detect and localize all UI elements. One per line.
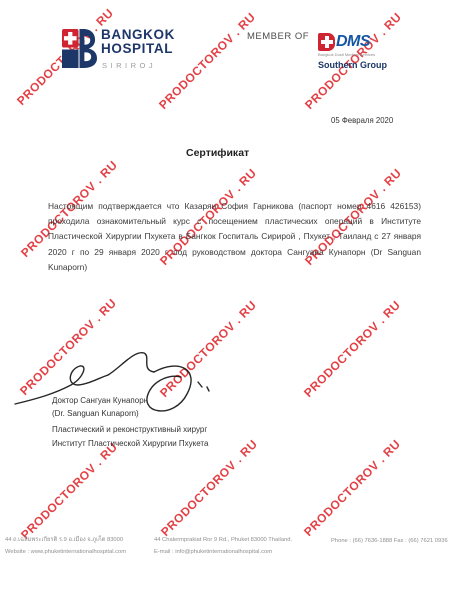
watermark-text: PRODOCTOROV . RU	[301, 298, 403, 400]
certificate-body-text: Настоящим подтверждается что Казарян Соф…	[48, 199, 421, 275]
bdms-tagline: Bangkok Dusit Medical Services	[318, 52, 398, 57]
footer-thai-line: 44 ถ.เฉลิมพระเกียรติ ร.9 อ.เมือง จ.ภูเก็…	[5, 535, 126, 547]
signatory-name-ru: Доктор Сангуан Кунапорн	[52, 396, 148, 405]
member-of-label: MEMBER OF	[247, 31, 309, 42]
footer-website: Website : www.phuketinternationalhospita…	[5, 547, 126, 559]
bdms-logo: DMS Bangkok Dusit Medical Services South…	[318, 33, 398, 70]
bdms-cross-icon	[318, 33, 335, 51]
watermark-text: PRODOCTOROV . RU	[156, 10, 258, 112]
brand-name-line2: HOSPITAL	[101, 42, 175, 56]
brand-name-line1: BANGKOK	[101, 28, 175, 42]
certificate-title: Сертификат	[186, 147, 249, 159]
footer-phone: Phone : (66) 7636-1888 Fax : (66) 7621 0…	[331, 536, 448, 548]
watermark-text: PRODOCTOROV . RU	[158, 437, 260, 539]
watermark-text: PRODOCTOROV . RU	[301, 437, 403, 539]
signatory-organization: Институт Пластической Хирургии Пхукета	[52, 439, 208, 448]
brand-subtitle: SIRIROJ	[102, 61, 156, 70]
signatory-role: Пластический и реконструктивный хирург	[52, 425, 207, 434]
brand-name: BANGKOK HOSPITAL	[101, 28, 175, 56]
footer-address-line: 44 Chalermprakiat Ror 9 Rd., Phuket 8300…	[154, 535, 292, 547]
certificate-page: PRODOCTOROV . RU PRODOCTOROV . RU PRODOC…	[0, 0, 450, 600]
signatory-name-en: (Dr. Sanguan Kunaporn)	[52, 409, 139, 418]
certificate-date: 05 Февраля 2020	[331, 116, 393, 125]
bdms-wordmark: DMS	[336, 33, 370, 51]
footer-email: E-mail : info@phuketinternationalhospita…	[154, 547, 292, 559]
footer-address-thai: 44 ถ.เฉลิมพระเกียรติ ร.9 อ.เมือง จ.ภูเก็…	[5, 535, 126, 558]
bangkok-hospital-logo-icon	[62, 29, 97, 68]
bdms-group-label: Southern Group	[318, 60, 398, 70]
watermark-text: PRODOCTOROV . RU	[18, 440, 120, 542]
footer-address-english: 44 Chalermprakiat Ror 9 Rd., Phuket 8300…	[154, 535, 292, 558]
